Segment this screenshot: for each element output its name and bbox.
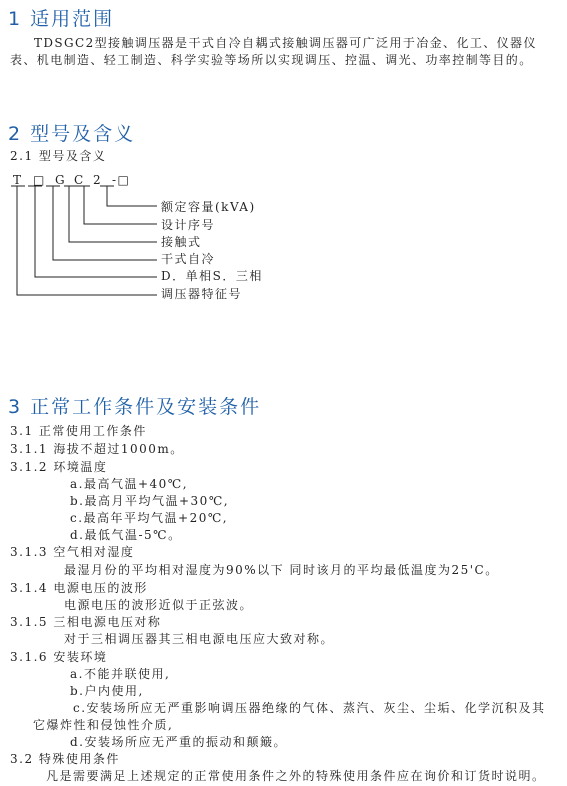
install-b: b.户内使用, [70,683,144,699]
meaning-contact-type: 接触式 [161,234,202,250]
section-1-title: 1 适用范围 [8,4,114,31]
temp-d: d.最低气温-5℃。 [70,527,182,543]
humidity-text: 最湿月份的平均相对湿度为90%以下 同时该月的平均最低温度为25'C。 [64,562,499,578]
symmetry-text: 对于三相调压器其三相电源电压应大致对称。 [64,631,334,647]
model-code-diagram [0,160,170,300]
item-3-1-6: 3.1.6 安装环境 [10,649,107,665]
item-3-1-1: 3.1.1 海拔不超过1000m。 [10,441,184,457]
item-3-1-3: 3.1.3 空气相对湿度 [10,544,134,560]
install-a: a.不能并联使用, [70,666,170,682]
meaning-rated-capacity: 额定容量(kVA) [161,199,256,215]
meaning-design-serial: 设计序号 [161,217,215,233]
item-3-1-4: 3.1.4 电源电压的波形 [10,580,148,596]
temp-a: a.最高气温+40℃, [70,476,188,492]
temp-c: c.最高年平均气温+20℃, [70,510,228,526]
meaning-cooling: 干式自冷 [161,251,215,267]
item-3-1-2: 3.1.2 环境温度 [10,459,107,475]
temp-b: b.最高月平均气温+30℃, [70,493,229,509]
section-1-body: TDSGC2型接触调压器是干式自冷自耦式接触调压器可广泛用于冶金、化工、仪器仪表… [10,35,560,69]
meaning-phase: D．单相S．三相 [161,268,263,284]
special-conditions-text: 凡是需要满足上述规定的正常使用条件之外的特殊使用条件应在询价和订货时说明。 [46,768,546,784]
meaning-feature-code: 调压器特征号 [161,286,242,302]
install-c: c.安装场所应无严重影响调压器绝缘的气体、蒸汽、灰尘、尘垢、化学沉积及其它爆炸性… [33,700,558,734]
section-2-title: 2 型号及含义 [8,119,135,146]
item-3-1-5: 3.1.5 三相电源电压对称 [10,614,161,630]
waveform-text: 电源电压的波形近似于正弦波。 [64,597,253,613]
item-3-2: 3.2 特殊使用条件 [10,751,120,767]
install-d: d.安装场所应无严重的振动和颠簸。 [70,734,287,750]
item-3-1: 3.1 正常使用工作条件 [10,423,147,439]
section-3-title: 3 正常工作条件及安装条件 [8,392,261,419]
